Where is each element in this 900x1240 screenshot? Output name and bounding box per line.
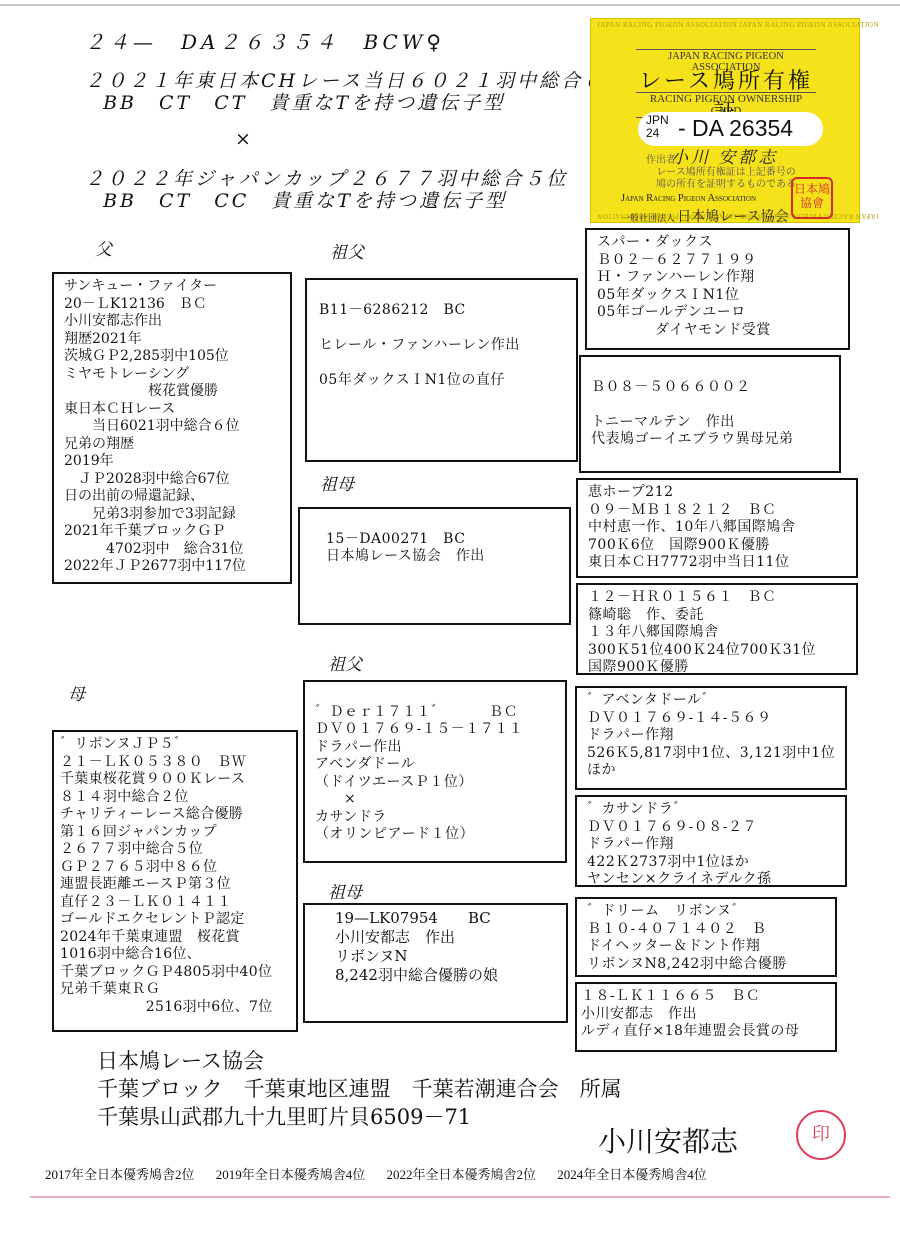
pgd-sire-details: 恵ホープ212 ０９－ＭＢ１８２１２ ＢＣ 中村恵一作、10年八郷国際鳩舎 70… bbox=[578, 480, 856, 572]
awards-line: 2017年全日本優秀鳩舎2位 2019年全日本優秀鳩舎4位 2022年全日本優秀… bbox=[45, 1164, 723, 1183]
card-note-line: 鳩の所有を証明するものである bbox=[636, 179, 816, 191]
scan-top-edge bbox=[0, 4, 900, 6]
owner-signature: 小川安都志 bbox=[598, 1120, 738, 1160]
award-item: 2022年全日本優秀鳩舎2位 bbox=[387, 1167, 537, 1182]
pigeon-ring-id: ２４— DA２６３５４ BCW♀ bbox=[85, 26, 445, 55]
header-cross: × bbox=[235, 128, 254, 150]
dam-box: ゛リボンヌＪＰ５゛ ２１－ＬＫ０５３８０ ＢＷ 千葉東桜花賞９００Ｋレース ８１… bbox=[52, 730, 298, 1032]
pgs-dam-details: Ｂ０８－５０６６００２ トニーマルテン 作出 代表鳩ゴーイエブラウ異母兄弟 bbox=[581, 357, 839, 449]
card-assoc-prefix: 一般社団法人 bbox=[621, 213, 675, 223]
personal-seal-icon: 印 bbox=[796, 1110, 846, 1160]
label-paternal-grandsire: 祖父 bbox=[330, 238, 364, 263]
award-item: 2024年全日本優秀鳩舎4位 bbox=[557, 1167, 707, 1182]
footer-organization: 日本鳩レース協会 bbox=[97, 1048, 264, 1074]
mgd-dam-box: １８-ＬＫ１１６６５ ＢＣ 小川安都志 作出 ルディ直仔×18年連盟会長賞の母 bbox=[575, 982, 837, 1052]
sire-box: サンキュー・ファイター 20－ＬK12136 ＢＣ 小川安都志作出 翔歴2021… bbox=[52, 272, 292, 584]
header-genotype-dam: BB CT CC 貴重なTを持つ遺伝子型 bbox=[85, 186, 507, 213]
maternal-granddam-box: 19—LK07954 BC 小川安都志 作出 リボンヌN 8,242羽中総合優勝… bbox=[303, 903, 568, 1023]
card-note: レース鳩所有権証は上記番号の 鳩の所有を証明するものである bbox=[636, 167, 816, 191]
footer-affiliation: 千葉ブロック 千葉東地区連盟 千葉若潮連合会 所属 bbox=[97, 1076, 622, 1102]
award-item: 2017年全日本優秀鳩舎2位 bbox=[45, 1167, 195, 1182]
footer-divider bbox=[30, 1196, 890, 1198]
mgs-dam-details: ゛カサンドラ゛ ＤＶ０１７６９-０８-２７ ドラパー作翔 422Ｋ2737羽中1… bbox=[577, 797, 845, 889]
mgd-dam-details: １８-ＬＫ１１６６５ ＢＣ 小川安都志 作出 ルディ直仔×18年連盟会長賞の母 bbox=[577, 984, 835, 1041]
card-association-footer-en: Japan Racing Pigeon Association bbox=[621, 193, 756, 204]
label-dam: 母 bbox=[68, 680, 85, 705]
footer-address: 千葉県山武郡九十九里町片貝6509－71 bbox=[97, 1104, 471, 1130]
pgd-dam-details: １２－ＨＲ０１５６１ ＢＣ 篠崎聡 作、委託 １３年八郷国際鳩舎 300Ｋ51位… bbox=[578, 585, 856, 677]
association-seal-icon: 日本鳩協會 bbox=[791, 177, 833, 219]
card-breeder-signature: 小川 安都志 bbox=[671, 143, 778, 168]
ownership-card: JAPAN RACING PIGEON ASSOCIATION JAPAN RA… bbox=[590, 18, 860, 223]
paternal-granddam-details: 15－DA00271 BC 日本鳩レース協会 作出 bbox=[300, 509, 569, 566]
mgs-sire-details: ゛アベンタドール゛ ＤＶ０１７６９-１４-５６９ ドラパー作翔 526Ｋ5,81… bbox=[577, 688, 845, 780]
paternal-granddam-box: 15－DA00271 BC 日本鳩レース協会 作出 bbox=[298, 507, 571, 625]
card-assoc-name: 日本鳩レース協会 bbox=[677, 209, 788, 225]
card-border-text: JAPAN RACING PIGEON ASSOCIATION JAPAN RA… bbox=[597, 21, 879, 29]
card-year: 24 bbox=[646, 127, 669, 140]
label-sire: 父 bbox=[95, 235, 112, 260]
paternal-grandsire-details: B11－6286212 BC ヒレール・ファンハーレン作出 05年ダックスＩN1… bbox=[307, 280, 576, 389]
dam-details: ゛リボンヌＪＰ５゛ ２１－ＬＫ０５３８０ ＢＷ 千葉東桜花賞９００Ｋレース ８１… bbox=[54, 732, 296, 1016]
card-country-year: JPN 24 bbox=[646, 114, 669, 140]
pgd-sire-box: 恵ホープ212 ０９－ＭＢ１８２１２ ＢＣ 中村恵一作、10年八郷国際鳩舎 70… bbox=[576, 478, 858, 578]
award-item: 2019年全日本優秀鳩舎4位 bbox=[216, 1167, 366, 1182]
mgs-dam-box: ゛カサンドラ゛ ＤＶ０１７６９-０８-２７ ドラパー作翔 422Ｋ2737羽中1… bbox=[575, 795, 847, 887]
pgs-sire-details: スパー・ダックス Ｂ０２－６２７７１９９ Ｈ・ファンハーレン作翔 05年ダックス… bbox=[587, 230, 848, 339]
card-ring-number: - DA 26354 bbox=[678, 115, 793, 142]
maternal-granddam-details: 19—LK07954 BC 小川安都志 作出 リボンヌN 8,242羽中総合優勝… bbox=[305, 905, 566, 985]
maternal-grandsire-details: ゛Ｄｅｒ１７１１゛ ＢＣ ＤＶ０１７６９-１５－１７１１ ドラパー作出 アベンダ… bbox=[305, 682, 565, 844]
pgs-dam-box: Ｂ０８－５０６６００２ トニーマルテン 作出 代表鳩ゴーイエブラウ異母兄弟 bbox=[579, 355, 841, 473]
sire-details: サンキュー・ファイター 20－ＬK12136 ＢＣ 小川安都志作出 翔歴2021… bbox=[54, 274, 290, 576]
maternal-grandsire-box: ゛Ｄｅｒ１７１１゛ ＢＣ ＤＶ０１７６９-１５－１７１１ ドラパー作出 アベンダ… bbox=[303, 680, 567, 863]
card-association-footer-jp: 一般社団法人 日本鳩レース協会 bbox=[621, 206, 789, 226]
card-ring-number-panel: JPN 24 - DA 26354 bbox=[638, 112, 823, 146]
mgs-sire-box: ゛アベンタドール゛ ＤＶ０１７６９-１４-５６９ ドラパー作翔 526Ｋ5,81… bbox=[575, 686, 847, 790]
seal-text: 印 bbox=[812, 1124, 830, 1145]
label-maternal-granddam: 祖母 bbox=[328, 878, 362, 903]
label-maternal-grandsire: 祖父 bbox=[328, 650, 362, 675]
pgd-dam-box: １２－ＨＲ０１５６１ ＢＣ 篠崎聡 作、委託 １３年八郷国際鳩舎 300Ｋ51位… bbox=[576, 583, 858, 675]
card-note-line: レース鳩所有権証は上記番号の bbox=[636, 167, 816, 179]
label-paternal-granddam: 祖母 bbox=[320, 470, 354, 495]
pgs-sire-box: スパー・ダックス Ｂ０２－６２７７１９９ Ｈ・ファンハーレン作翔 05年ダックス… bbox=[585, 228, 850, 350]
mgd-sire-details: ゛ドリーム リボンヌ゛ Ｂ１０-４０７１４０２ Ｂ ドイヘッター＆ドント作翔 リ… bbox=[577, 899, 835, 973]
mgd-sire-box: ゛ドリーム リボンヌ゛ Ｂ１０-４０７１４０２ Ｂ ドイヘッター＆ドント作翔 リ… bbox=[575, 897, 837, 977]
header-genotype-sire: BB CT CT 貴重なTを持つ遺伝子型 bbox=[85, 88, 505, 115]
paternal-grandsire-box: B11－6286212 BC ヒレール・ファンハーレン作出 05年ダックスＩN1… bbox=[305, 278, 578, 462]
